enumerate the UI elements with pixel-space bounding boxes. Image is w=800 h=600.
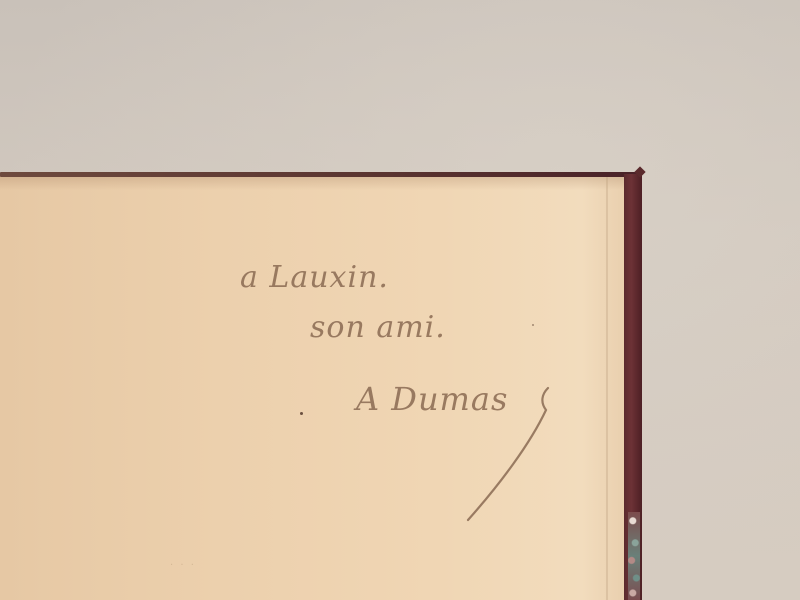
inscription-son-ami: son ami. <box>310 310 446 345</box>
signature-flourish-icon <box>460 384 560 524</box>
book: a Lauxin. son ami. A Dumas · · · <box>0 172 648 600</box>
paper-speck <box>532 324 534 326</box>
inscription-dedication: a Lauxin. <box>240 260 389 295</box>
endpaper-page: a Lauxin. son ami. A Dumas · · · <box>0 176 626 600</box>
paper-speck <box>300 412 303 415</box>
page-top-shadow <box>0 176 626 190</box>
show-through-print: · · · <box>170 560 196 571</box>
marbled-endpaper-edge <box>628 512 640 600</box>
binding-top-edge <box>0 172 640 177</box>
